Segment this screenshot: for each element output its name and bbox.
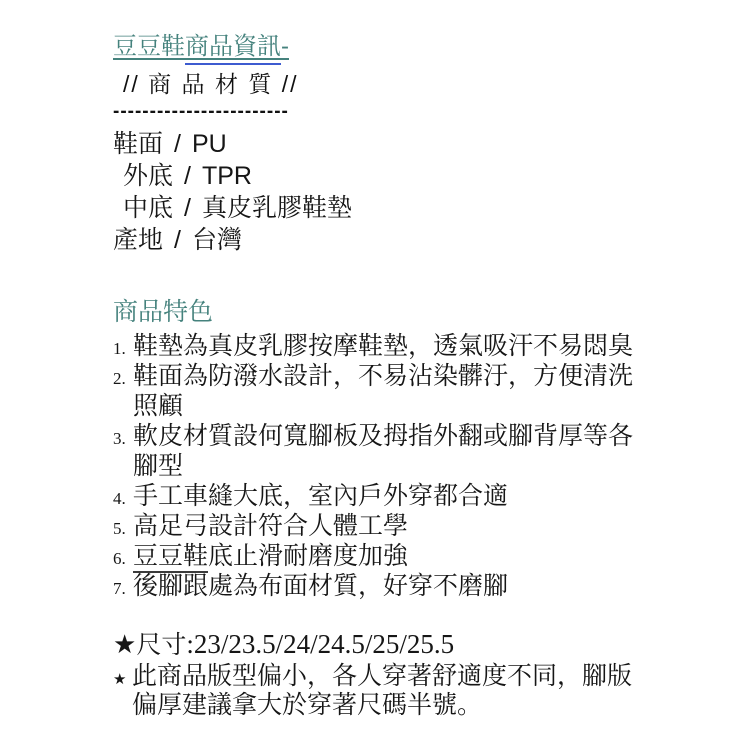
feature-item: 7. 後腳跟處為布面材質，好穿不磨腳 (113, 571, 700, 601)
feature-number: 5. (113, 519, 133, 539)
star-icon: ★ (113, 629, 136, 659)
material-value: 台灣 (192, 226, 242, 254)
feature-text: 鞋墊為真皮乳膠按摩鞋墊，透氣吸汗不易悶臭 (133, 331, 633, 361)
feature-item: 2. 鞋面為防潑水設計，不易沾染髒汙，方便清洗照顧 (113, 361, 700, 421)
features-list: 1. 鞋墊為真皮乳膠按摩鞋墊，透氣吸汗不易悶臭 2. 鞋面為防潑水設計，不易沾染… (113, 331, 700, 601)
material-row-upper: 鞋面/PU (113, 128, 700, 160)
feature-text: 後腳跟處為布面材質，好穿不磨腳 (133, 571, 508, 601)
size-info-line: ★尺寸:23/23.5/24/24.5/25/25.5 (113, 627, 700, 662)
material-separator: / (184, 194, 191, 222)
material-label: 產地 (113, 226, 163, 254)
feature-text: 豆豆鞋底止滑耐磨度加強 (133, 541, 408, 571)
feature-item: 4. 手工車縫大底，室內戶外穿都合適 (113, 481, 700, 511)
material-label: 中底 (123, 194, 173, 222)
material-row-outsole: 外底/TPR (113, 160, 700, 192)
feature-line: 後腳跟處為布面材質，好穿不磨腳 (133, 572, 508, 600)
feature-text: 軟皮材質設何寬腳板及拇指外翻或腳背厚等各腳型 (133, 421, 633, 481)
fit-note: ★ 此商品版型偏小，各人穿著舒適度不同，腳版偏厚建議拿大於穿著尺碼半號。 (113, 662, 700, 720)
feature-text: 鞋面為防潑水設計，不易沾染髒汙，方便清洗照顧 (133, 361, 633, 421)
title-info-link[interactable]: 商品資訊 (185, 33, 281, 65)
material-separator: / (174, 130, 181, 158)
feature-line: 鞋墊為真皮乳膠按摩鞋墊，透氣吸汗不易悶臭 (133, 332, 633, 360)
material-separator: / (174, 226, 181, 254)
feature-text: 高足弓設計符合人體工學 (133, 511, 408, 541)
material-separator: / (184, 162, 191, 190)
feature-item: 1. 鞋墊為真皮乳膠按摩鞋墊，透氣吸汗不易悶臭 (113, 331, 700, 361)
fit-note-text: 此商品版型偏小，各人穿著舒適度不同，腳版偏厚建議拿大於穿著尺碼半號。 (132, 662, 632, 720)
product-info-document: 豆豆鞋商品資訊- // 商 品 材 質 // -----------------… (0, 0, 750, 751)
feature-item: 3. 軟皮材質設何寬腳板及拇指外翻或腳背厚等各腳型 (113, 421, 700, 481)
feature-number: 1. (113, 339, 133, 359)
star-icon: ★ (113, 670, 132, 688)
feature-line: 軟皮材質設何寬腳板及拇指外翻或腳背厚等各 (133, 422, 633, 450)
feature-number: 4. (113, 489, 133, 509)
feature-underlined-term: 豆豆鞋 (133, 542, 208, 573)
feature-number: 2. (113, 369, 133, 389)
feature-line-wrap: 照顧 (133, 391, 633, 421)
feature-line: 鞋面為防潑水設計，不易沾染髒汙，方便清洗 (133, 362, 633, 390)
title-suffix: - (281, 33, 289, 60)
material-label: 外底 (123, 162, 173, 190)
title-underline-group: 豆豆鞋商品資訊- (113, 33, 289, 65)
size-colon: : (186, 629, 194, 659)
dashed-divider: ------------------------ (113, 102, 700, 122)
feature-line: 高足弓設計符合人體工學 (133, 512, 408, 540)
feature-line: 手工車縫大底，室內戶外穿都合適 (133, 482, 508, 510)
material-value: 真皮乳膠鞋墊 (202, 194, 352, 222)
fit-note-line: 此商品版型偏小，各人穿著舒適度不同，腳版 (132, 662, 632, 690)
material-value: PU (192, 130, 227, 158)
feature-number: 3. (113, 429, 133, 449)
size-values: 23/23.5/24/24.5/25/25.5 (194, 629, 454, 659)
page-title: 豆豆鞋商品資訊- (113, 33, 700, 61)
feature-line: 底止滑耐磨度加強 (208, 542, 408, 570)
material-value: TPR (202, 162, 252, 190)
feature-number: 6. (113, 549, 133, 569)
material-row-origin: 產地/台灣 (113, 224, 700, 256)
material-label: 鞋面 (113, 130, 163, 158)
size-label: 尺寸 (136, 631, 186, 659)
fit-note-line-wrap: 偏厚建議拿大於穿著尺碼半號。 (132, 691, 632, 720)
feature-item: 5. 高足弓設計符合人體工學 (113, 511, 700, 541)
feature-line-wrap: 腳型 (133, 451, 633, 481)
material-section-heading: // 商 品 材 質 // (123, 69, 700, 99)
feature-item: 6. 豆豆鞋底止滑耐磨度加強 (113, 541, 700, 571)
material-row-midsole: 中底/真皮乳膠鞋墊 (113, 192, 700, 224)
title-product-name: 豆豆鞋 (113, 33, 185, 60)
feature-number: 7. (113, 579, 133, 599)
features-section-heading: 商品特色 (113, 298, 700, 326)
feature-text: 手工車縫大底，室內戶外穿都合適 (133, 481, 508, 511)
materials-list: 鞋面/PU 外底/TPR 中底/真皮乳膠鞋墊 產地/台灣 (113, 128, 700, 256)
